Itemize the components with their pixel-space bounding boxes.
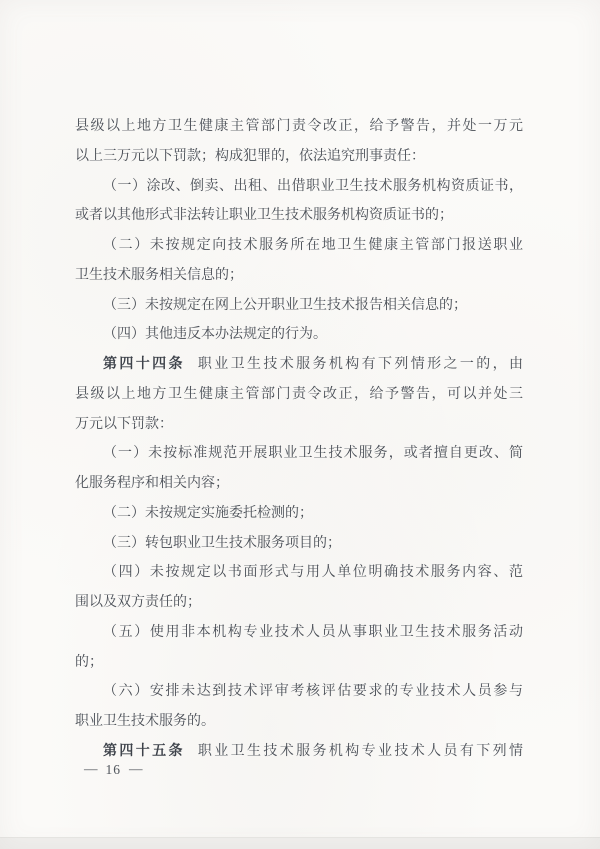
text-line: 卫生技术服务相关信息的； — [75, 261, 523, 291]
article-number: 第四十五条 — [103, 744, 185, 759]
text-line: 或者以其他形式非法转让职业卫生技术服务机构资质证书的； — [75, 201, 523, 231]
article-intro-text: 职业卫生技术服务机构专业技术人员有下列情 — [198, 744, 523, 759]
text-line: 职业卫生技术服务的。 — [75, 707, 523, 737]
article-number: 第四十四条 — [103, 357, 185, 372]
text-line: 万元以下罚款： — [75, 410, 523, 440]
article-44-line: 第四十四条职业卫生技术服务机构有下列情形之一的，由 — [75, 350, 523, 380]
scan-edge-band — [0, 837, 600, 849]
list-item-line: （四）未按规定以书面形式与用人单位明确技术服务内容、范 — [75, 558, 523, 588]
document-page: 县级以上地方卫生健康主管部门责令改正，给予警告，并处一万元 以上三万元以下罚款；… — [0, 0, 600, 849]
text-line: 县级以上地方卫生健康主管部门责令改正，给予警告，并处一万元 — [75, 112, 523, 142]
text-line: 县级以上地方卫生健康主管部门责令改正，给予警告，可以并处三 — [75, 380, 523, 410]
text-line: 化服务程序和相关内容； — [75, 469, 523, 499]
text-line: 的； — [75, 648, 523, 678]
list-item-line: （三）转包职业卫生技术服务项目的； — [75, 529, 523, 559]
page-number-dash-right: — — [129, 761, 143, 776]
page-number-dash-left: — — [84, 761, 98, 776]
page-number: —16— — [84, 761, 143, 779]
list-item-line: （二）未按规定实施委托检测的； — [75, 499, 523, 529]
document-content: 县级以上地方卫生健康主管部门责令改正，给予警告，并处一万元 以上三万元以下罚款；… — [75, 112, 523, 767]
list-item-line: （二）未按规定向技术服务所在地卫生健康主管部门报送职业 — [75, 231, 523, 261]
list-item-line: （四）其他违反本办法规定的行为。 — [75, 320, 523, 350]
article-intro-text: 职业卫生技术服务机构有下列情形之一的，由 — [198, 357, 523, 372]
list-item-line: （一）涂改、倒卖、出租、出借职业卫生技术服务机构资质证书， — [75, 172, 523, 202]
list-item-line: （三）未按规定在网上公开职业卫生技术报告相关信息的； — [75, 291, 523, 321]
text-line: 围以及双方责任的； — [75, 588, 523, 618]
list-item-line: （一）未按标准规范开展职业卫生技术服务，或者擅自更改、简 — [75, 439, 523, 469]
text-line: 以上三万元以下罚款；构成犯罪的，依法追究刑事责任： — [75, 142, 523, 172]
list-item-line: （五）使用非本机构专业技术人员从事职业卫生技术服务活动 — [75, 618, 523, 648]
page-number-value: 16 — [106, 762, 122, 777]
list-item-line: （六）安排未达到技术评审考核评估要求的专业技术人员参与 — [75, 677, 523, 707]
